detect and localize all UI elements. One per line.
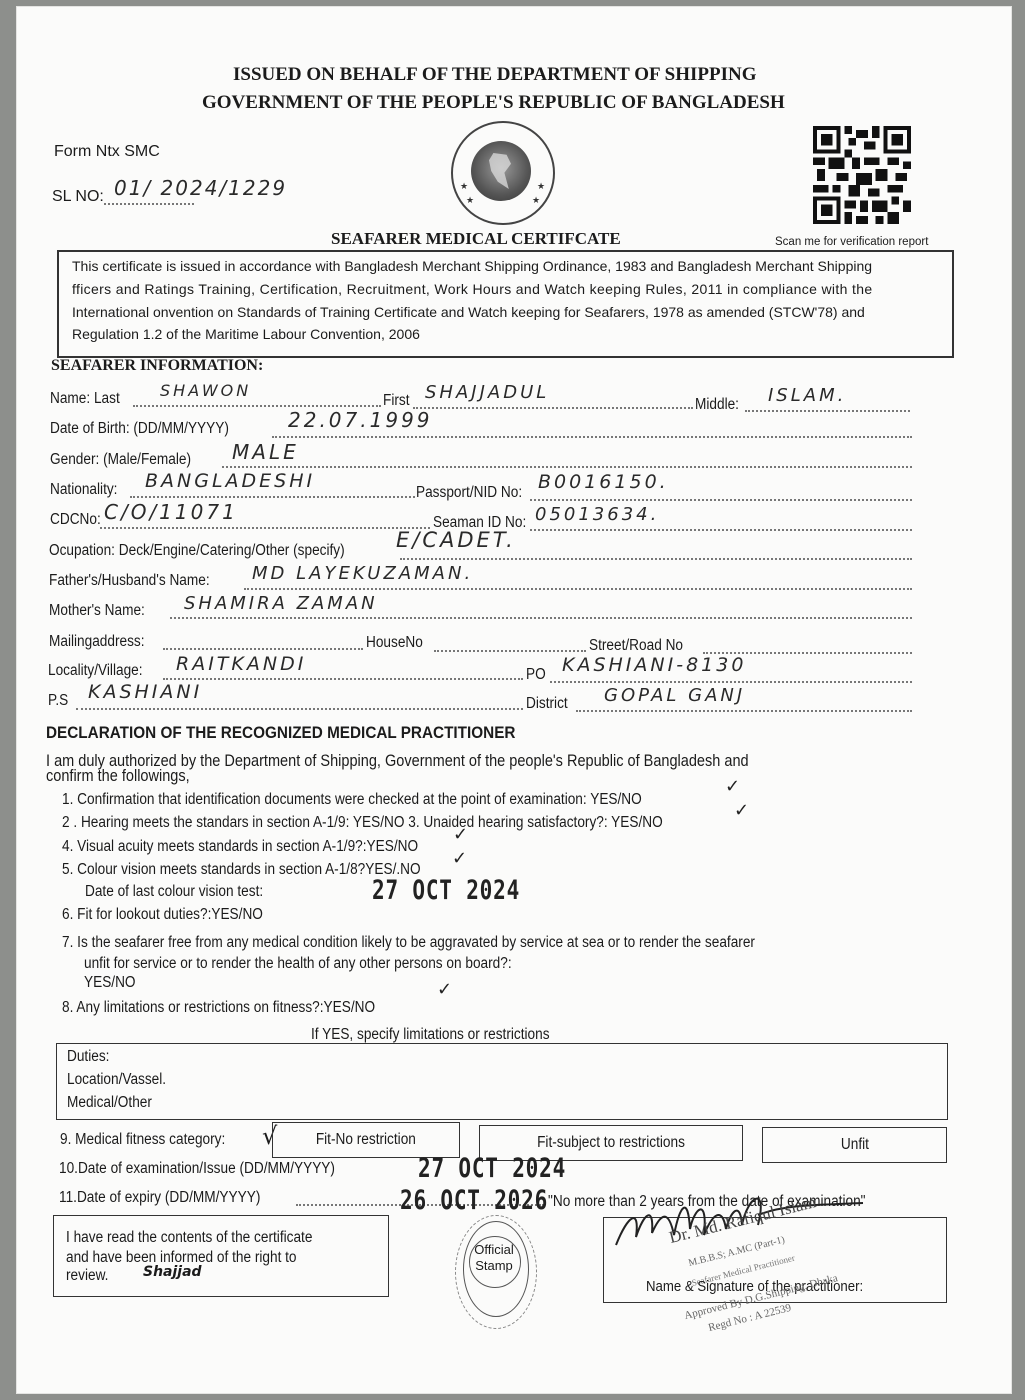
last-name-value: SHAWON	[160, 381, 251, 400]
father-name-value: MD LAYEKUZAMAN.	[252, 563, 473, 584]
preamble-line-4: Regulation 1.2 of the Maritime Labour Co…	[72, 326, 420, 342]
po-value: KASHIANI-8130	[562, 654, 746, 676]
sl-no-dots	[104, 203, 194, 205]
declaration-item-5: 5. Colour vision meets standards in sect…	[62, 861, 421, 879]
colour-vision-test-label: Date of last colour vision test:	[85, 883, 263, 901]
house-no-label: HouseNo	[366, 634, 423, 652]
qr-code-icon[interactable]	[812, 126, 912, 224]
check-mark-icon: ✓	[725, 776, 740, 797]
star-icon: ★	[460, 181, 468, 192]
issuer-line-2: GOVERNMENT OF THE PEOPLE'S REPUBLIC OF B…	[202, 92, 785, 114]
check-mark-icon: ✓	[453, 824, 468, 845]
star-icon: ★	[466, 195, 474, 206]
last-name-label: Name: Last	[50, 390, 120, 408]
nationality-label: Nationality:	[50, 481, 117, 499]
fitness-category-label: 9. Medical fitness category:	[60, 1131, 225, 1149]
declaration-item-7-line-2: unfit for service or to render the healt…	[84, 955, 512, 973]
occupation-value: E/CADET.	[396, 528, 516, 552]
occupation-label: Ocupation: Deck/Engine/Catering/Other (s…	[49, 542, 345, 560]
po-label: PO	[526, 666, 546, 684]
mother-name-value: SHAMIRA ZAMAN	[184, 593, 378, 614]
limitations-duties: Duties:	[67, 1048, 109, 1066]
declaration-item-8: 8. Any limitations or restrictions on fi…	[62, 999, 375, 1017]
fitness-option-label: Fit-No restriction	[316, 1131, 416, 1149]
expiry-date-value: 26 OCT 2026	[400, 1185, 548, 1216]
dob-dots	[272, 436, 912, 438]
limitations-medical: Medical/Other	[67, 1094, 152, 1112]
form-code: Form Ntx SMC	[54, 143, 160, 161]
if-yes-instruction: If YES, specify limitations or restricti…	[311, 1026, 550, 1044]
declaration-item-7-line-1: 7. Is the seafarer free from any medical…	[62, 934, 755, 952]
declaration-heading: DECLARATION OF THE RECOGNIZED MEDICAL PR…	[46, 723, 515, 743]
acknowledgement-line-1: I have read the contents of the certific…	[66, 1229, 312, 1247]
seaman-id-dots	[530, 529, 912, 531]
po-dots	[550, 681, 912, 683]
district-value: GOPAL GANJ	[604, 685, 745, 706]
star-icon: ★	[532, 195, 540, 206]
middle-name-dots	[745, 410, 910, 412]
mailing-address-dots	[163, 648, 363, 650]
house-no-dots	[434, 650, 586, 652]
declaration-item-4: 4. Visual acuity meets standards in sect…	[62, 838, 418, 856]
sl-no-value: 01/ 2024/1229	[114, 176, 287, 200]
middle-name-value: ISLAM.	[768, 385, 846, 406]
seafarer-signature: Shajjad	[143, 1264, 202, 1280]
check-mark-icon: ✓	[452, 848, 467, 869]
acknowledgement-line-3: review.	[66, 1267, 108, 1285]
street-road-label: Street/Road No	[589, 637, 683, 655]
police-station-value: KASHIANI	[88, 681, 202, 703]
expiry-date-label: 11.Date of expiry (DD/MM/YYYY)	[59, 1189, 260, 1207]
check-mark-icon: ✓	[437, 979, 452, 1000]
first-name-dots	[413, 407, 693, 409]
exam-date-label: 10.Date of examination/Issue (DD/MM/YYYY…	[59, 1160, 335, 1178]
cdc-label: CDCNo:	[50, 511, 101, 529]
father-name-dots	[244, 588, 912, 590]
declaration-item-2-3: 2 . Hearing meets the standars in sectio…	[62, 814, 663, 832]
fitness-option-unfit[interactable]: Unfit	[762, 1127, 947, 1163]
locality-value: RAITKANDI	[176, 653, 306, 675]
district-label: District	[526, 695, 568, 713]
passport-dots	[530, 499, 912, 501]
gender-label: Gender: (Male/Female)	[50, 451, 191, 469]
check-mark-icon: ✓	[734, 800, 749, 821]
mother-name-dots	[170, 617, 912, 619]
exam-date-value: 27 OCT 2024	[418, 1153, 566, 1184]
star-icon: ★	[537, 181, 545, 192]
colour-vision-test-date: 27 OCT 2024	[372, 875, 520, 906]
cdc-dots	[100, 527, 430, 529]
cdc-value: C/O/11071	[104, 500, 238, 524]
preamble-line-3: International onvention on Standards of …	[72, 304, 865, 320]
passport-label: Passport/NID No:	[416, 484, 522, 502]
nationality-dots	[130, 496, 415, 498]
mailing-address-label: Mailingaddress:	[49, 633, 145, 651]
limitations-box	[56, 1043, 948, 1120]
government-emblem-icon: ★ ★ ★ ★	[451, 121, 555, 225]
father-name-label: Father's/Husband's Name:	[49, 572, 210, 590]
issuer-line-1: ISSUED ON BEHALF OF THE DEPARTMENT OF SH…	[233, 64, 757, 86]
mother-name-label: Mother's Name:	[49, 602, 145, 620]
dob-value: 22.07.1999	[288, 408, 433, 432]
limitations-location: Location/Vassel.	[67, 1071, 166, 1089]
sl-no-label: SL NO:	[52, 188, 104, 206]
fitness-option-label: Fit-subject to restrictions	[537, 1134, 685, 1152]
police-station-dots	[76, 708, 523, 710]
gender-dots	[222, 466, 912, 468]
preamble-line-2: fficers and Ratings Training, Certificat…	[72, 281, 873, 297]
locality-label: Locality/Village:	[48, 662, 143, 680]
passport-value: B0016150.	[538, 471, 669, 493]
qr-caption: Scan me for verification report	[775, 236, 928, 248]
fitness-option-label: Unfit	[840, 1136, 868, 1154]
middle-name-label: Middle:	[695, 396, 739, 414]
seafarer-info-heading: SEAFARER INFORMATION:	[51, 357, 263, 375]
declaration-item-7-line-3: YES/NO	[84, 974, 136, 992]
district-dots	[576, 710, 912, 712]
official-stamp-line-2: Stamp	[471, 1258, 517, 1273]
official-stamp-line-1: Official	[471, 1242, 517, 1257]
declaration-item-1: 1. Confirmation that identification docu…	[62, 791, 642, 809]
dob-label: Date of Birth: (DD/MM/YYYY)	[50, 420, 229, 438]
seaman-id-value: 05013634.	[535, 504, 659, 525]
police-station-label: P.S	[48, 692, 68, 710]
last-name-dots	[133, 405, 381, 407]
occupation-dots	[400, 558, 912, 560]
declaration-intro-2: confirm the followings,	[46, 767, 190, 786]
first-name-value: SHAJJADUL	[425, 382, 549, 403]
preamble-line-1: This certificate is issued in accordance…	[72, 258, 872, 274]
locality-dots	[163, 678, 523, 680]
declaration-item-6: 6. Fit for lookout duties?:YES/NO	[62, 906, 263, 924]
nationality-value: BANGLADESHI	[145, 470, 315, 492]
gender-value: MALE	[232, 440, 299, 464]
certificate-title: SEAFARER MEDICAL CERTIFCATE	[331, 229, 621, 249]
